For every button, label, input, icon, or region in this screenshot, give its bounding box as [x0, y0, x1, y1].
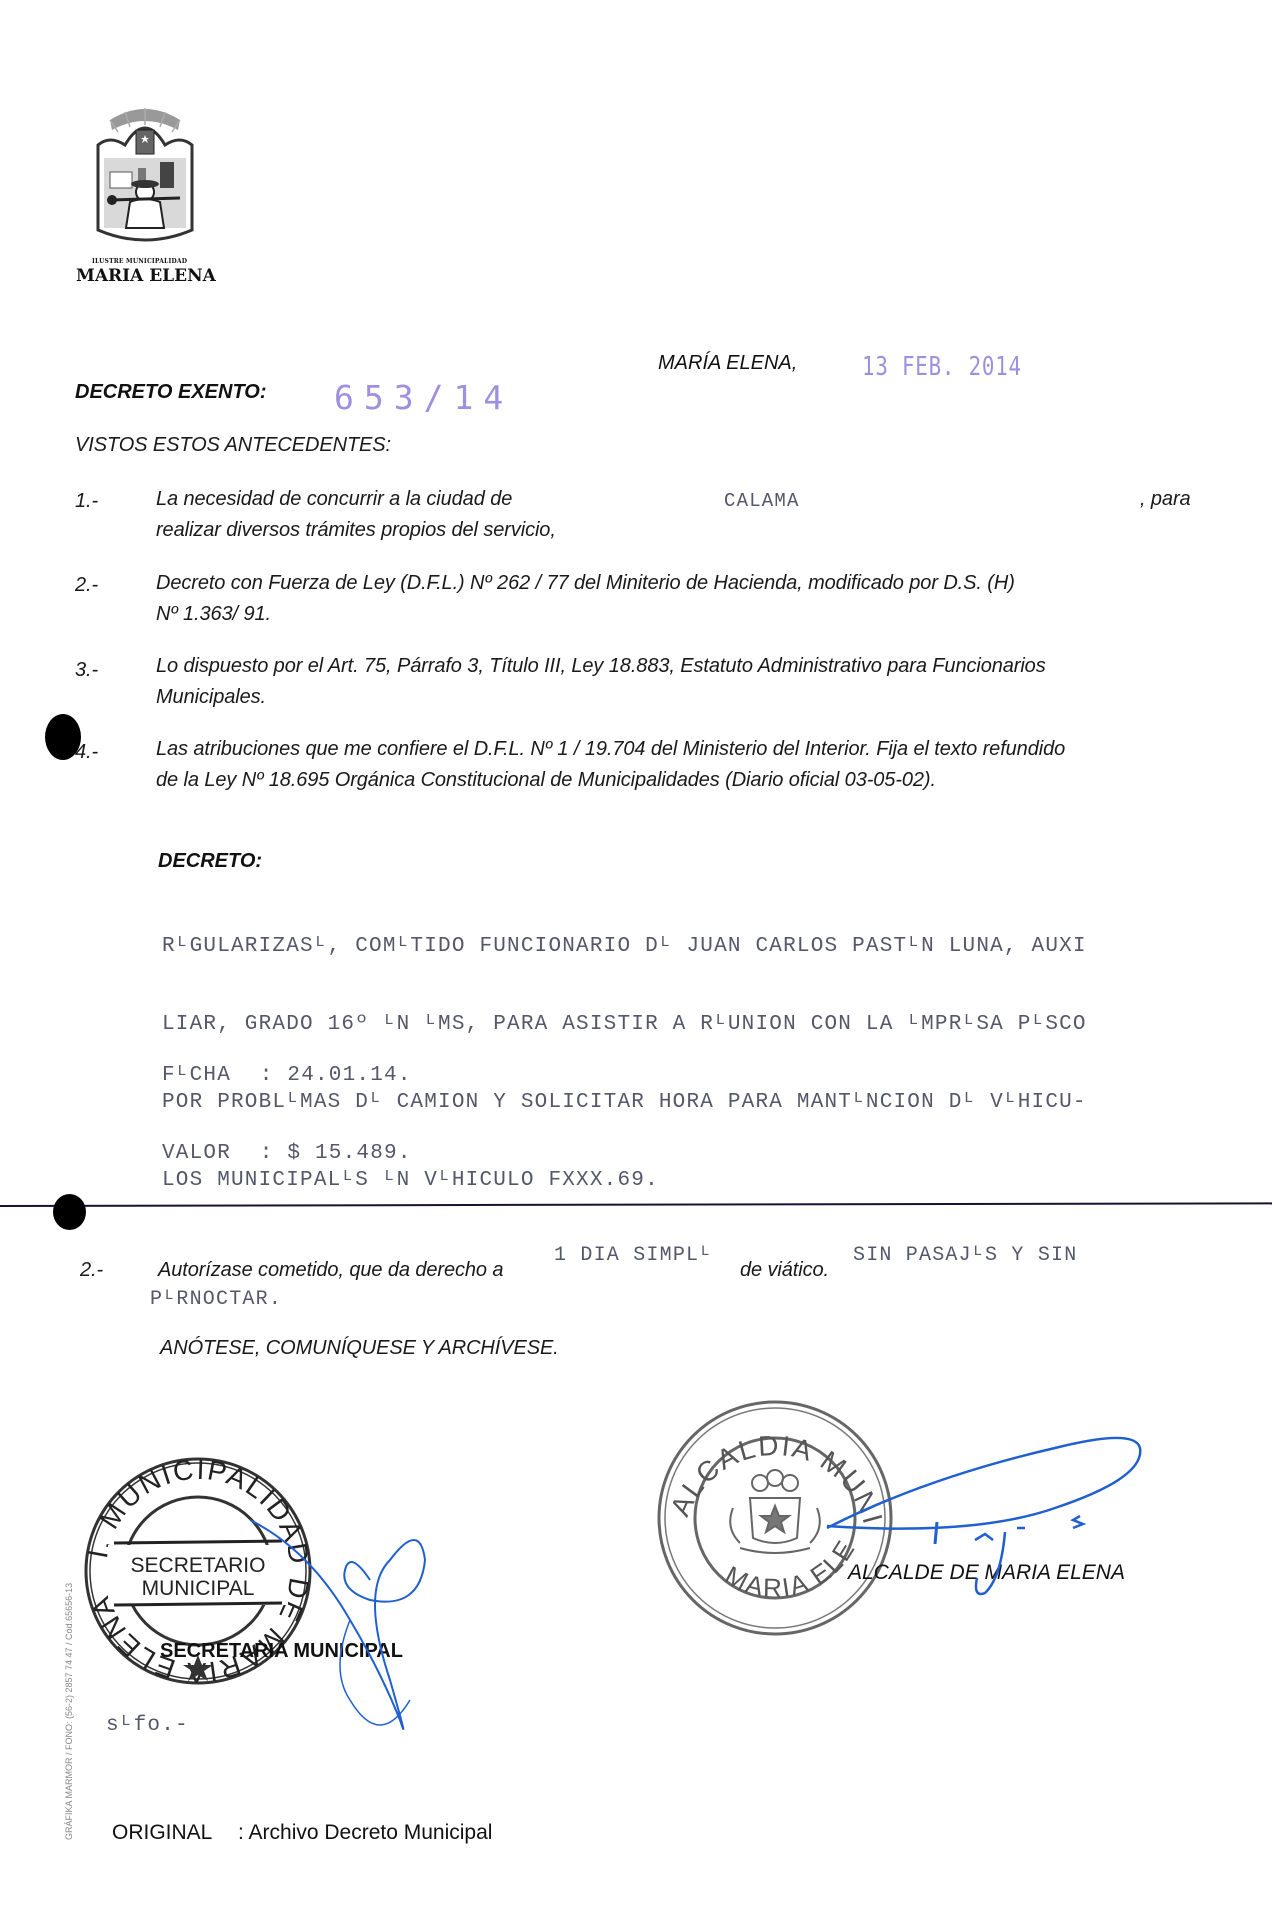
- vistos-item-2-number: 2.-: [75, 574, 98, 597]
- logo-subtitle: ILUSTRE MUNICIPALIDAD: [92, 258, 187, 265]
- valor-value: $ 15.489.: [287, 1142, 411, 1165]
- date-stamp: 13 FEB. 2014: [862, 352, 1022, 382]
- vistos-item-3-line1: Lo dispuesto por el Art. 75, Párrafo 3, …: [156, 651, 1216, 682]
- decreto-line: RᴸGULARIZASᴸ, COMᴸTIDO FUNCIONARIO Dᴸ JU…: [162, 934, 1087, 960]
- fecha-row: FᴸCHA : 24.01.14.: [162, 1063, 412, 1089]
- decree-number-stamp: 653/14: [334, 378, 513, 417]
- distribution-value: : Archivo Decreto Municipal: [238, 1821, 492, 1845]
- vistos-item-4-line1: Las atribuciones que me confiere el D.F.…: [156, 734, 1236, 765]
- typed-conditions: SIN PASAJᴸS Y SIN: [853, 1244, 1077, 1267]
- typed-conditions-line2: PᴸRNOCTAR.: [150, 1288, 282, 1311]
- secretary-seal-center-1: SECRETARIO: [131, 1554, 266, 1577]
- decreto-heading: DECRETO:: [158, 850, 262, 873]
- vistos-heading: VISTOS ESTOS ANTECEDENTES:: [75, 434, 391, 457]
- vistos-item-1-line2: realizar diversos trámites propios del s…: [156, 519, 556, 541]
- vistos-item-4-number: 4.-: [75, 741, 98, 764]
- punch-hole: [53, 1194, 86, 1230]
- chile-coat-of-arms-icon: [730, 1470, 820, 1553]
- decreto-details: FᴸCHA : 24.01.14. VALOR : $ 15.489.: [162, 1011, 412, 1193]
- vistos-item-1-number: 1.-: [75, 490, 98, 513]
- vistos-item-2-line2: Nº 1.363/ 91.: [156, 599, 1216, 630]
- logo-title: MARIA ELENA: [76, 266, 216, 286]
- municipal-logo: ILUSTRE MUNICIPALIDAD MARIA ELENA: [70, 100, 220, 290]
- vistos-item-2: Decreto con Fuerza de Ley (D.F.L.) Nº 26…: [156, 568, 1216, 630]
- vistos-item-3: Lo dispuesto por el Art. 75, Párrafo 3, …: [156, 651, 1216, 713]
- typed-days: 1 DIA SIMPLᴸ: [554, 1244, 712, 1267]
- vistos-item-4-line2: de la Ley Nº 18.695 Orgánica Constitucio…: [156, 765, 1236, 796]
- fecha-label: FᴸCHA: [162, 1063, 246, 1089]
- valor-row: VALOR : $ 15.489.: [162, 1141, 412, 1167]
- secretary-signature: [250, 1500, 450, 1760]
- fecha-value: 24.01.14.: [287, 1064, 411, 1087]
- resolution-number: 2.-: [80, 1259, 103, 1282]
- vistos-item-4: Las atribuciones que me confiere el D.F.…: [156, 734, 1236, 796]
- valor-label: VALOR: [162, 1141, 246, 1167]
- mayor-signature: [825, 1428, 1165, 1598]
- vistos-item-1-text: La necesidad de concurrir a la ciudad de: [156, 488, 512, 510]
- vistos-item-3-number: 3.-: [75, 659, 98, 682]
- vistos-item-1-para: , para: [1140, 484, 1191, 515]
- distribution-label: ORIGINAL: [112, 1821, 212, 1845]
- municipal-coat-of-arms-icon: [70, 100, 220, 250]
- decree-label: DECRETO EXENTO:: [75, 381, 267, 404]
- typist-initials: sᴸfo.-: [106, 1714, 189, 1737]
- secretary-seal-center-2: MUNICIPAL: [142, 1577, 255, 1600]
- printer-note: GRÁFIKA MARMOR / FONO: (56-2) 2857 74 47…: [64, 1583, 74, 1840]
- typed-city: CALAMA: [724, 486, 800, 517]
- closing-formula: ANÓTESE, COMUNÍQUESE Y ARCHÍVESE.: [160, 1337, 559, 1360]
- resolution-viatico: de viático.: [740, 1259, 829, 1282]
- vistos-item-3-line2: Municipales.: [156, 682, 1216, 713]
- resolution-text: Autorízase cometido, que da derecho a: [158, 1259, 503, 1282]
- vistos-item-1: La necesidad de concurrir a la ciudad de…: [156, 484, 1206, 546]
- vistos-item-2-line1: Decreto con Fuerza de Ley (D.F.L.) Nº 26…: [156, 568, 1216, 599]
- place-label: MARÍA ELENA,: [658, 352, 797, 375]
